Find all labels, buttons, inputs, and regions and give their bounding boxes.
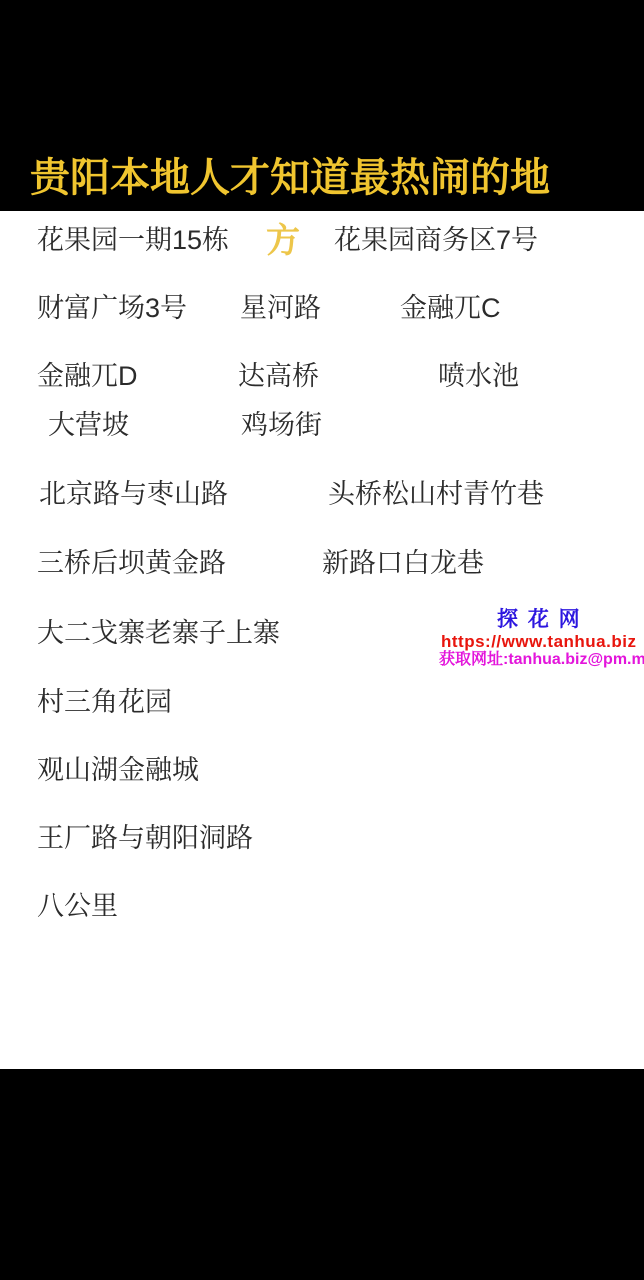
location-item: 三桥后坝黄金路 (37, 547, 226, 579)
location-item: 喷水池 (438, 360, 519, 392)
watermark-url: https://www.tanhua.biz (441, 632, 636, 652)
location-item: 星河路 (240, 292, 321, 324)
location-item: 财富广场3号 (37, 292, 187, 324)
location-item: 达高桥 (238, 360, 319, 392)
location-item: 花果园商务区7号 (334, 224, 538, 256)
video-frame: 贵阳本地人才知道最热闹的地 花果园一期15栋 花果园商务区7号 方 财富广场3号… (0, 0, 644, 1280)
location-item: 王厂路与朝阳洞路 (37, 822, 253, 854)
location-item: 大营坡 (48, 409, 129, 441)
location-item: 花果园一期15栋 (37, 224, 229, 256)
watermark-site-name: 探 花 网 (497, 607, 582, 633)
watermark-contact: 获取网址:tanhua.biz@pm.me (439, 650, 644, 669)
location-item: 八公里 (37, 890, 118, 922)
location-item: 头桥松山村青竹巷 (328, 478, 544, 510)
location-item: 金融兀D (37, 360, 138, 392)
location-item: 新路口白龙巷 (322, 547, 484, 579)
gold-fang-character: 方 (266, 222, 300, 260)
location-item: 鸡场街 (241, 409, 322, 441)
location-item: 大二戈寨老寨子上寨 (37, 617, 280, 649)
location-item: 观山湖金融城 (37, 754, 199, 786)
location-item: 村三角花园 (37, 686, 172, 718)
page-title: 贵阳本地人才知道最热闹的地 (30, 146, 550, 203)
location-item: 北京路与枣山路 (39, 478, 228, 510)
location-item: 金融兀C (400, 292, 501, 324)
